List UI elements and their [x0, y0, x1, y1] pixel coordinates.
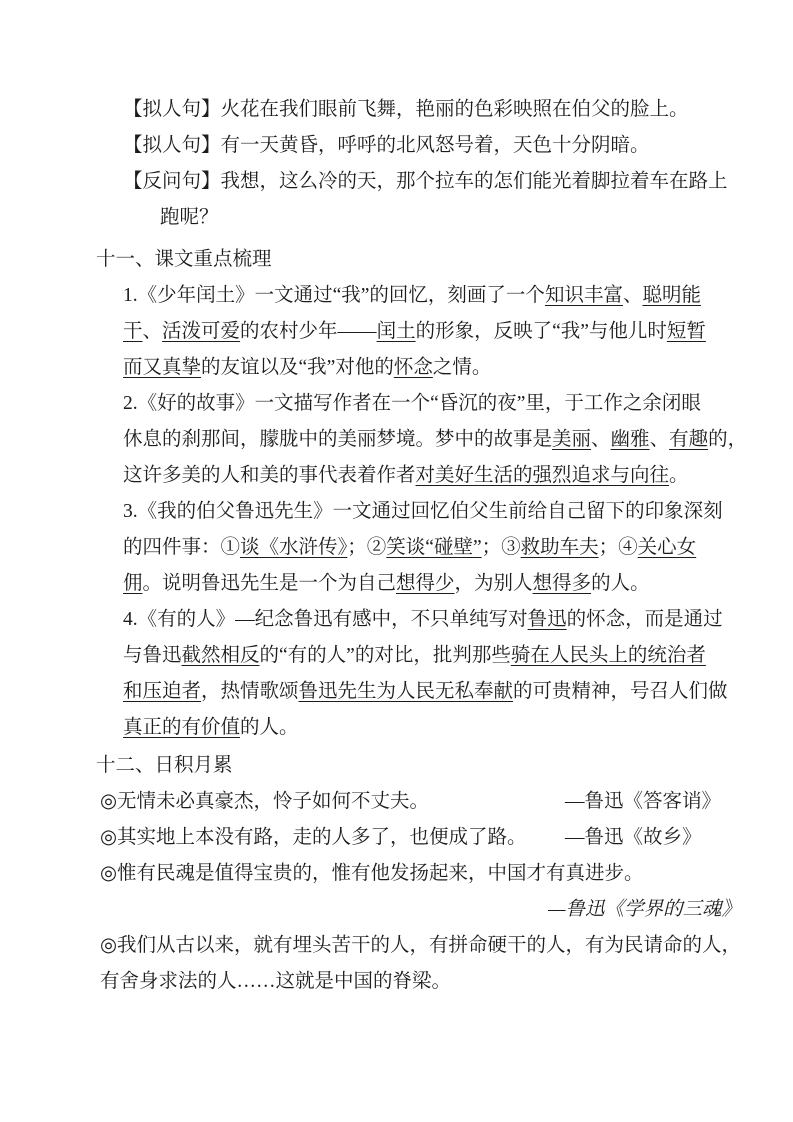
underlined-text: 知识丰富 [545, 285, 623, 306]
item-2-line-1: 2.《好的故事》一文描写作者在一个“昏沉的夜”里，于工作之余闭眼 [96, 386, 741, 422]
underlined-text: 对美好生活的强烈追求与向往 [416, 465, 670, 486]
quote-attribution: —鲁迅《答客诮》 [565, 784, 721, 820]
text-segment: 的友谊以及“我”对他的 [201, 357, 394, 378]
text-segment: 的农村少年—— [240, 321, 377, 342]
quote-attribution: —鲁迅《故乡》 [565, 820, 702, 856]
item-4-line-1: 4.《有的人》—纪念鲁迅有感中，不只单纯写对鲁迅的怀念，而是通过 [96, 602, 741, 638]
underlined-text: 幽雅 [611, 429, 650, 450]
rhetorical-question-sentence: 【反问句】我想，这么冷的天，那个拉车的怎们能光着脚拉着车在路上 [96, 164, 741, 200]
document-page: 【拟人句】火花在我们眼前飞舞，艳丽的色彩映照在伯父的脸上。【拟人句】有一天黄昏，… [0, 0, 793, 1122]
underlined-text: 关心女 [638, 537, 697, 558]
item-2-line-3: 这许多美的人和美的事代表着作者对美好生活的强烈追求与向往。 [96, 458, 741, 494]
text-segment: 。说明鲁迅先生是一个为自己 [143, 573, 397, 594]
text-segment: 2.《好的故事》一文描写作者在一个“昏沉的夜”里，于工作之余闭眼 [123, 393, 701, 414]
personification-sentence-2: 【拟人句】有一天黄昏，呼呼的北风怒号着，天色十分阴暗。 [96, 128, 741, 164]
text-segment: ，为别人 [455, 573, 533, 594]
item-4-line-4: 真正的有价值的人。 [96, 710, 741, 746]
section-12-heading: 十二、日积月累 [96, 748, 741, 784]
underlined-text: 笑谈“碰壁” [386, 537, 481, 558]
underlined-text: 有趣 [669, 429, 708, 450]
underlined-text: 而又真挚 [123, 357, 201, 378]
text-segment: 、 [143, 321, 163, 342]
text-segment: ，热情歌颂 [201, 681, 299, 702]
text-segment: 、 [623, 285, 643, 306]
quote-3: ◎惟有民魂是值得宝贵的，惟有他发扬起来，中国才有真进步。 [96, 856, 741, 892]
underlined-text: 干 [123, 321, 143, 342]
item-1-line-1: 1.《少年闰土》一文通过“我”的回忆，刻画了一个知识丰富、聪明能 [96, 278, 741, 314]
text-segment: 的四件事：① [123, 537, 240, 558]
text-segment: 、 [650, 429, 670, 450]
text-segment: 【拟人句】火花在我们眼前飞舞，艳丽的色彩映照在伯父的脸上。 [123, 99, 689, 120]
rhetorical-question-sentence-cont: 跑呢？ [96, 200, 741, 236]
text-segment: 。 [669, 465, 689, 486]
text-segment: 这许多美的人和美的事代表着作者 [123, 465, 416, 486]
text-segment: 3.《我的伯父鲁迅先生》一文通过回忆伯父生前给自己留下的印象深刻 [123, 501, 723, 522]
text-segment: ◎无情未必真豪杰，怜子如何不丈夫。 [100, 791, 429, 812]
quote-3-attribution-line: —鲁迅《学界的三魂》 [96, 892, 741, 928]
text-segment: ；② [347, 537, 386, 558]
personification-sentence-1: 【拟人句】火花在我们眼前飞舞，艳丽的色彩映照在伯父的脸上。 [96, 92, 741, 128]
text-segment: 的“有的人”的对比，批判那些 [260, 645, 511, 666]
quote-4-line-1: ◎我们从古以来，就有埋头苦干的人，有拼命硬干的人，有为民请命的人， [96, 928, 741, 964]
item-2-line-2: 休息的刹那间，朦胧中的美丽梦境。梦中的故事是美丽、幽雅、有趣的， [96, 422, 741, 458]
underlined-text: 短暂 [667, 321, 706, 342]
text-segment: 的可贵精神，号召人们做 [513, 681, 728, 702]
underlined-text: 鲁迅 [528, 609, 567, 630]
underlined-text: 活泼可爱 [162, 321, 240, 342]
item-3-line-2: 的四件事：①谈《水浒传》；②笑谈“碰壁”；③救助车夫；④关心女 [96, 530, 741, 566]
text-segment: ◎其实地上本没有路，走的人多了，也便成了路。 [100, 827, 527, 848]
text-segment: 休息的刹那间，朦胧中的美丽梦境。梦中的故事是 [123, 429, 552, 450]
underlined-text: 想得少 [396, 573, 455, 594]
text-segment: 【反问句】我想，这么冷的天，那个拉车的怎们能光着脚拉着车在路上 [123, 171, 728, 192]
text-segment: —鲁迅《学界的三魂》 [548, 899, 741, 920]
text-segment: 【拟人句】有一天黄昏，呼呼的北风怒号着，天色十分阴暗。 [123, 135, 650, 156]
item-4-line-3: 和压迫者，热情歌颂鲁迅先生为人民无私奉献的可贵精神，号召人们做 [96, 674, 741, 710]
underlined-text: 想得多 [533, 573, 592, 594]
text-segment: 跑呢？ [160, 207, 219, 228]
text-segment: 、 [591, 429, 611, 450]
text-segment: 的， [708, 429, 747, 450]
underlined-text: 聪明能 [642, 285, 701, 306]
text-segment: 的怀念，而是通过 [567, 609, 723, 630]
underlined-text: 救助车夫 [521, 537, 599, 558]
text-segment: 的形象，反映了“我”与他儿时 [416, 321, 667, 342]
underlined-text: 佣 [123, 573, 143, 594]
item-1-line-2: 干、活泼可爱的农村少年——闰土的形象，反映了“我”与他儿时短暂 [96, 314, 741, 350]
text-segment: 与鲁迅 [123, 645, 182, 666]
underlined-text: 截然相反 [182, 645, 260, 666]
text-segment: 十二、日积月累 [96, 755, 233, 776]
underlined-text: 鲁迅先生为人民无私奉献 [299, 681, 514, 702]
text-segment: 的人。 [240, 717, 299, 738]
underlined-text: 怀念 [394, 357, 433, 378]
underlined-text: 谈《水浒传》 [240, 537, 347, 558]
underlined-text: 和压迫者 [123, 681, 201, 702]
underlined-text: 真正的有价值 [123, 717, 240, 738]
item-3-line-1: 3.《我的伯父鲁迅先生》一文通过回忆伯父生前给自己留下的印象深刻 [96, 494, 741, 530]
item-3-line-3: 佣。说明鲁迅先生是一个为自己想得少，为别人想得多的人。 [96, 566, 741, 602]
underlined-text: 美丽 [552, 429, 591, 450]
document-lines: 【拟人句】火花在我们眼前飞舞，艳丽的色彩映照在伯父的脸上。【拟人句】有一天黄昏，… [96, 92, 741, 1000]
text-segment: 十一、课文重点梳理 [96, 249, 272, 270]
text-segment: ；④ [599, 537, 638, 558]
text-segment: 之情。 [433, 357, 492, 378]
text-segment: 有舍身求法的人……这就是中国的脊梁。 [100, 971, 451, 992]
item-1-line-3: 而又真挚的友谊以及“我”对他的怀念之情。 [96, 350, 741, 386]
underlined-text: 闰土 [377, 321, 416, 342]
item-4-line-2: 与鲁迅截然相反的“有的人”的对比，批判那些骑在人民头上的统治者 [96, 638, 741, 674]
quote-4-line-2: 有舍身求法的人……这就是中国的脊梁。 [96, 964, 741, 1000]
text-segment: 1.《少年闰土》一文通过“我”的回忆，刻画了一个 [123, 285, 545, 306]
text-segment: 4.《有的人》—纪念鲁迅有感中，不只单纯写对 [123, 609, 528, 630]
quote-2: ◎其实地上本没有路，走的人多了，也便成了路。—鲁迅《故乡》 [96, 820, 741, 856]
quote-1: ◎无情未必真豪杰，怜子如何不丈夫。—鲁迅《答客诮》 [96, 784, 741, 820]
text-segment: ；③ [482, 537, 521, 558]
text-segment: ◎我们从古以来，就有埋头苦干的人，有拼命硬干的人，有为民请命的人， [100, 935, 741, 956]
text-segment: 的人。 [591, 573, 650, 594]
text-segment: ◎惟有民魂是值得宝贵的，惟有他发扬起来，中国才有真进步。 [100, 863, 644, 884]
section-11-heading: 十一、课文重点梳理 [96, 242, 741, 278]
underlined-text: 骑在人民头上的统治者 [511, 645, 706, 666]
